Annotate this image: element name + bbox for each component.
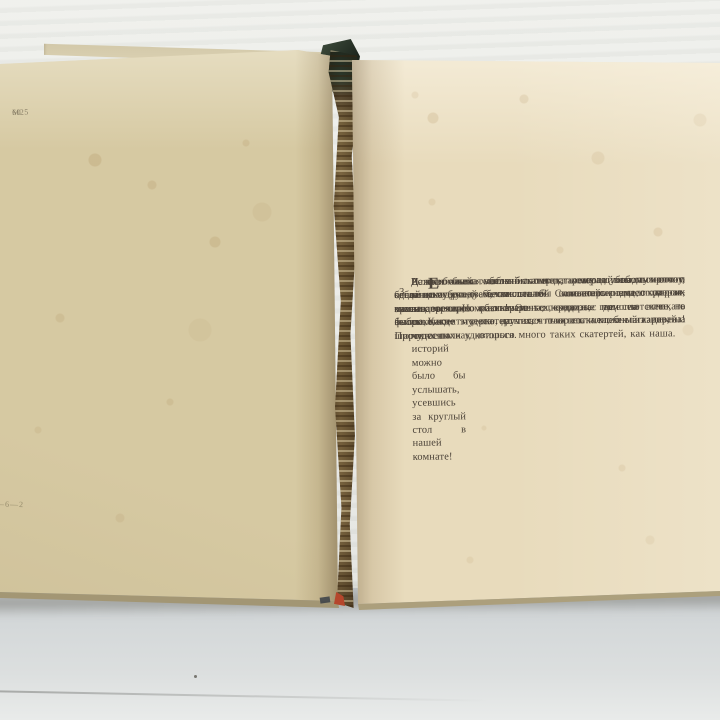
paragraph: А скромный хлебный ломтик, лежащий на по… xyxy=(394,273,686,330)
library-code-line2: М25 xyxy=(12,107,29,118)
page-number: 3 xyxy=(394,287,404,298)
dust-speck xyxy=(194,675,197,678)
margin-mark: —6—2 xyxy=(0,500,36,510)
book-photo-scene: 60 М25 —6—2 Если бы вещи вдруг заговорил… xyxy=(0,0,720,720)
page-text-block: Если бы вещи вдруг заговорили, сколько ч… xyxy=(394,273,685,276)
